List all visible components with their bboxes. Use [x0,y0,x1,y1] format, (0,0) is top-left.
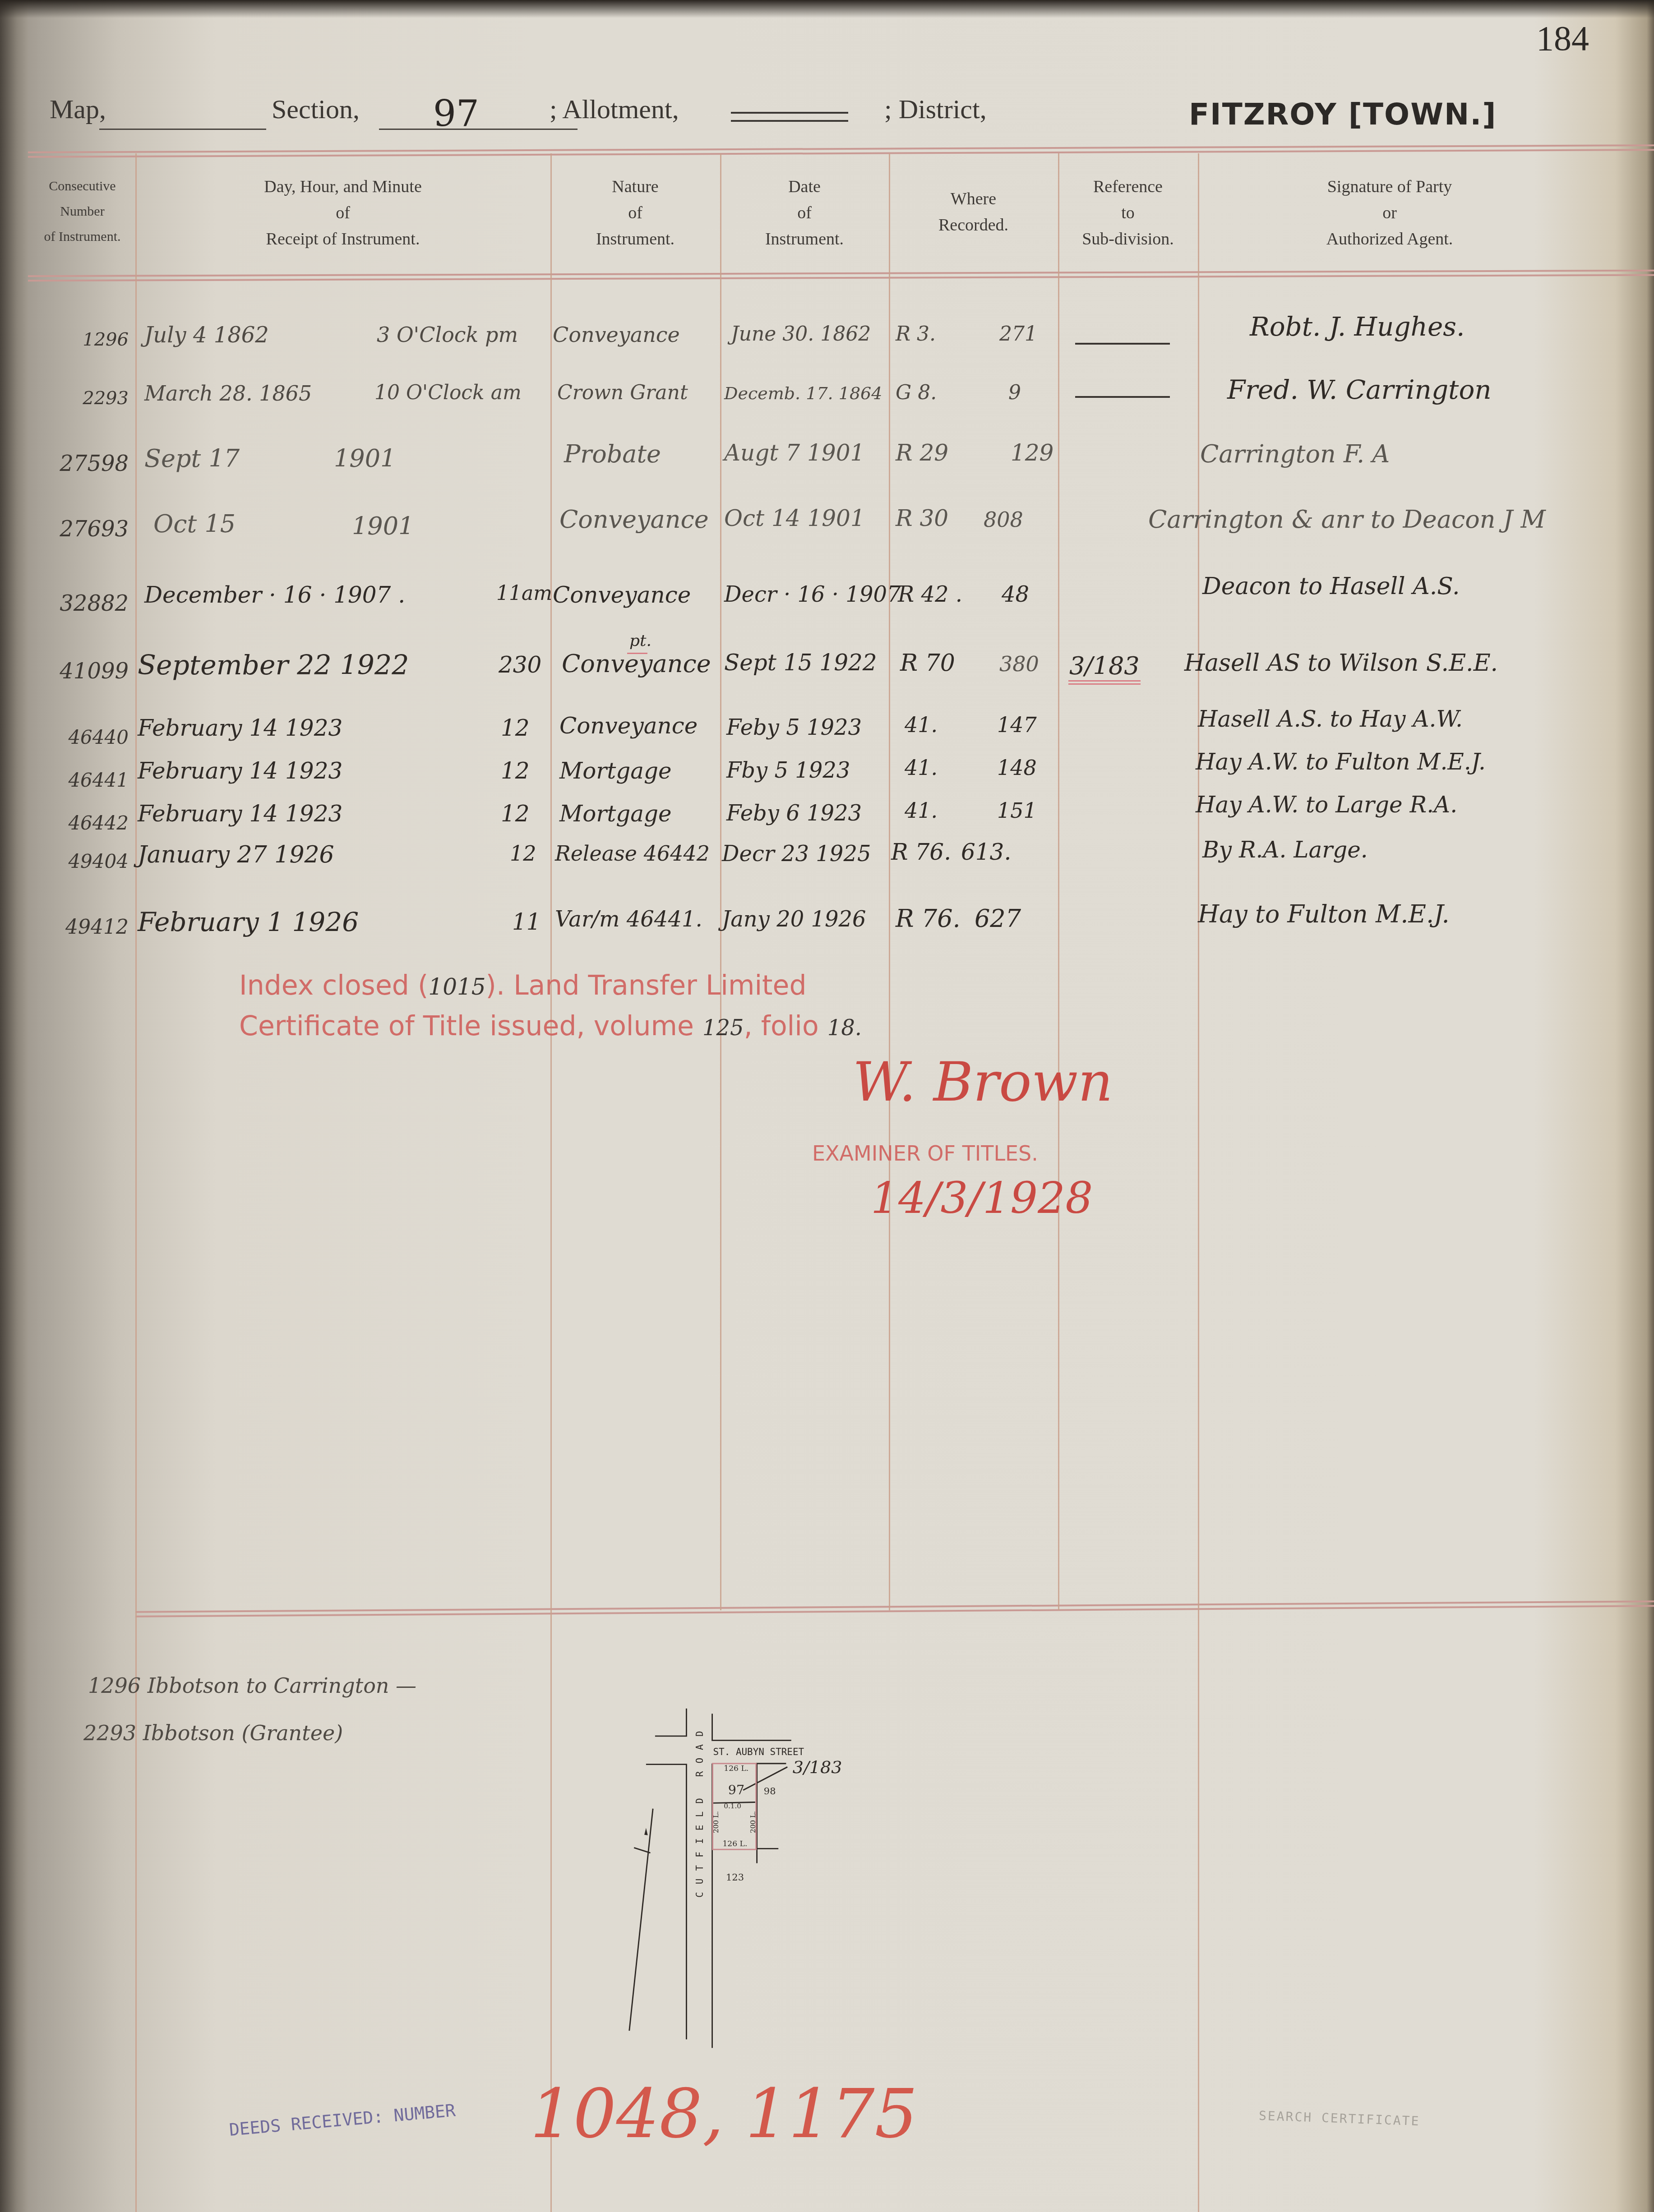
recorded-book: R 76. [891,839,951,865]
receipt-time: 11am [496,582,552,605]
signature: Robt. J. Hughes. [1250,311,1465,342]
allotment-dash [731,120,848,122]
map-label: Map, [50,94,106,125]
colhead-signature: Signature of Party or Authorized Agent. [1198,174,1581,252]
map-lot-right: 98 [764,1786,776,1797]
col-divider [1198,153,1199,2212]
map-dim-right: 200 L. [749,1811,757,1833]
entry-number: 46441 [7,769,129,791]
map-street-top: ST. AUBYN STREET [713,1747,804,1757]
deeds-received-number: 1048, 1175 [530,2075,918,2153]
col-divider [550,153,552,2212]
receipt-time: 230 [499,652,541,678]
colhead-date: Date of Instrument. [720,174,889,252]
signature: Carrington & anr to Deacon J M [1148,505,1546,534]
faint-stamp: SEARCH CERTIFICATE [1259,2108,1420,2129]
receipt-date: September 22 1922 [138,650,409,681]
receipt-date: Oct 15 [153,510,236,538]
nature: Release 46442 [555,841,710,866]
recorded-book: 41. [905,756,938,780]
map-dim-top: 126 L. [724,1764,748,1773]
map-subdivision-ref: 3/183 [793,1757,842,1777]
instrument-date: Jany 20 1926 [722,907,866,932]
recorded-book: R 76. [896,904,961,933]
col-divider [135,153,137,2212]
receipt-date: December · 16 · 1907 . [144,582,405,608]
recorded-folio: 9 [1008,381,1021,404]
recorded-folio: 627 [975,904,1021,933]
colhead-nature: Nature of Instrument. [550,174,720,252]
deeds-received-stamp: DEEDS RECEIVED: NUMBER [228,2100,456,2140]
colhead-receipt: Day, Hour, and Minute of Receipt of Inst… [135,174,550,252]
receipt-date: Sept 17 [144,444,240,473]
instrument-date: Decemb. 17. 1864 [724,383,882,403]
section-label: Section, [272,94,360,125]
entry-number: 46440 [7,726,129,748]
recorded-folio: 48 [1002,582,1029,607]
recorded-book: 41. [905,713,938,737]
instrument-date: Decr · 16 · 1907 [724,582,901,607]
recorded-book: R 29 [896,440,948,466]
instrument-date: June 30. 1862 [731,323,871,346]
nature: Probate [564,440,661,468]
subdivision-map: ST. AUBYN STREET 126 L. 97 98 0.1.0 126 … [627,1678,1078,2061]
receipt-time: 1901 [334,444,396,473]
recorded-folio: 808 [984,507,1023,532]
instrument-date: Sept 15 1922 [724,650,877,676]
stamp-line-2: Certificate of Title issued, volume 125,… [239,1010,862,1042]
map-dim-left: 200 L. [712,1811,720,1833]
nature: Var/m 46441. [555,907,702,932]
instrument-date: Augt 7 1901 [724,440,864,466]
instrument-date: Feby 6 1923 [726,801,862,826]
instrument-date: Decr 23 1925 [722,841,871,866]
map-area: 0.1.0 [724,1802,741,1810]
instrument-date: Fby 5 1923 [726,758,850,783]
recorded-folio: 148 [997,756,1037,780]
colhead-reference: Reference to Sub-division. [1058,174,1198,252]
red-underline [627,653,647,654]
receipt-date: July 4 1862 [144,323,269,348]
nature: Conveyance [553,323,680,347]
entry-number: 27598 [7,451,129,476]
col-divider [720,153,721,1610]
recorded-book: R 42 . [898,582,962,607]
recorded-book: R 3. [896,323,936,346]
receipt-time: 3 O'Clock pm [377,323,518,347]
signature: Fred. W. Carrington [1227,374,1492,405]
allotment-dash [731,112,848,114]
nature: Mortgage [559,758,672,784]
receipt-time: 11 [512,909,541,935]
entry-number: 2293 [7,388,129,409]
recorded-book: G 8. [896,381,937,404]
entry-number: 1296 [7,329,129,350]
map-field-line [99,129,266,130]
receipt-date: March 28. 1865 [144,381,312,406]
receipt-date: February 14 1923 [138,801,342,827]
recorded-folio: 271 [999,323,1037,346]
entry-number: 27693 [7,516,129,542]
receipt-time: 1901 [352,512,414,540]
header-bottom-rule [28,270,1654,282]
district-label: ; District, [884,94,987,125]
signature: Hay to Fulton M.E.J. [1198,900,1450,928]
signature: Hay A.W. to Fulton M.E.J. [1196,749,1486,775]
ledger-page: 184 Map, Section, 97 ; Allotment, ; Dist… [0,0,1654,2212]
reference-dash [1075,396,1170,398]
examiner-signature: W. Brown [853,1051,1113,1114]
reference-subdivision: 3/183 [1069,652,1140,680]
nature: Conveyance [559,713,698,739]
examiner-title: EXAMINER OF TITLES. [812,1141,1038,1166]
page-number: 184 [1536,18,1589,59]
receipt-date: February 14 1923 [138,715,342,741]
instrument-date: Feby 5 1923 [726,715,862,740]
map-dim-bottom: 126 L. [722,1839,747,1848]
receipt-date: February 14 1923 [138,758,342,784]
signature: Hay A.W. to Large R.A. [1196,792,1457,818]
receipt-date: January 27 1926 [138,841,334,868]
red-underline [1068,680,1141,682]
note-item: 1296 Ibbotson to Carrington — [88,1673,416,1698]
entry-number: 32882 [7,591,129,616]
nature: Conveyance [553,582,691,608]
allotment-label: ; Allotment, [550,94,679,125]
header-top-rule [28,144,1654,158]
receipt-time: 12 [501,758,530,784]
recorded-folio: 380 [999,652,1039,676]
receipt-date: February 1 1926 [138,907,359,937]
table-bottom-rule [135,1600,1654,1617]
recorded-folio: 129 [1011,440,1053,466]
recorded-book: 41. [905,798,938,823]
col-divider [889,153,890,1610]
recorded-book: R 70 [900,650,955,677]
nature: Conveyance [559,505,709,534]
colhead-consecutive-number: Consecutive Number of Instrument. [32,174,133,249]
examiner-date: 14/3/1928 [871,1173,1093,1223]
receipt-time: 12 [510,841,536,866]
signature: Hasell A.S. to Hay A.W. [1198,706,1463,732]
signature: Carrington F. A [1200,440,1390,468]
recorded-folio: 151 [997,798,1037,823]
map-lot-main: 97 [728,1782,744,1797]
nature: Mortgage [559,801,672,827]
signature: By R.A. Large. [1202,837,1368,863]
reference-dash [1075,343,1170,345]
entry-number: 49404 [7,850,129,872]
top-shadow [0,0,1654,18]
colhead-where-recorded: Where Recorded. [889,186,1058,238]
recorded-folio: 613. [961,839,1011,865]
signature: Hasell AS to Wilson S.E.E. [1184,650,1498,677]
district-value: FITZROY [TOWN.] [1189,97,1497,132]
recorded-book: R 30 [896,505,948,531]
red-underline [1068,683,1141,685]
map-street-side: CUTFIELD ROAD [694,1723,705,1898]
note-item: 2293 Ibbotson (Grantee) [83,1721,343,1745]
nature: Crown Grant [557,381,688,404]
entry-number: 46442 [7,812,129,834]
col-divider [1058,153,1059,1610]
receipt-time: 12 [501,715,530,741]
entry-number: 49412 [7,916,129,939]
signature: Deacon to Hasell A.S. [1202,573,1460,600]
receipt-time: 12 [501,801,530,827]
stamp-line-1: Index closed (1015). Land Transfer Limit… [239,970,807,1001]
receipt-time: 10 O'Clock am [374,381,522,404]
instrument-date: Oct 14 1901 [724,505,865,531]
section-value: 97 [433,92,479,134]
map-lot-below: 123 [726,1872,744,1883]
nature-insert: pt. [629,631,651,650]
entry-number: 41099 [7,659,129,684]
recorded-folio: 147 [997,713,1037,737]
